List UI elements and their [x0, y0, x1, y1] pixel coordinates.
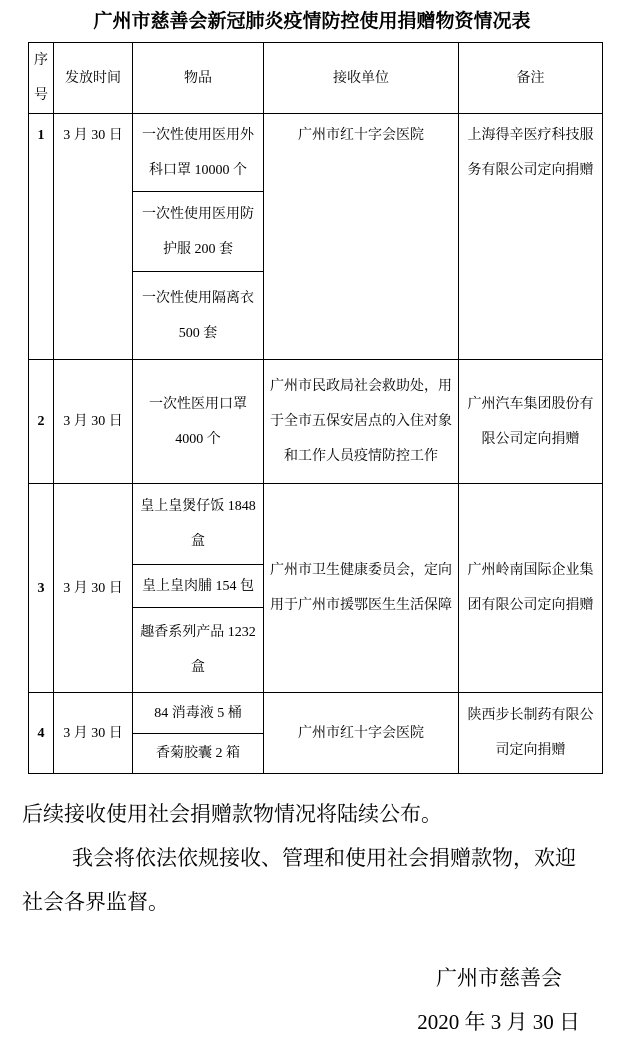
cell-date-3: 3 月 30 日 [54, 484, 133, 693]
document-page: 广州市慈善会新冠肺炎疫情防控使用捐赠物资情况表 序号 发放时间 物品 接收单位 … [0, 0, 624, 1040]
cell-date-1: 3 月 30 日 [54, 114, 133, 360]
header-note: 备注 [459, 43, 603, 114]
cell-recipient-1: 广州市红十字会医院 [264, 114, 459, 360]
table-row: 2 3 月 30 日 一次性医用口罩 4000 个 广州市民政局社会救助处，用于… [29, 360, 603, 484]
cell-date-4: 3 月 30 日 [54, 693, 133, 774]
signature-organization: 广州市慈善会 [0, 956, 624, 1000]
donation-table: 序号 发放时间 物品 接收单位 备注 1 3 月 30 日 一次性使用医用外科口… [28, 42, 603, 774]
cell-item: 一次性使用医用防护服 200 套 [133, 192, 264, 272]
cell-item: 一次性使用隔离衣 500 套 [133, 272, 264, 360]
cell-no-3: 3 [29, 484, 54, 693]
cell-note-2: 广州汽车集团股份有限公司定向捐赠 [459, 360, 603, 484]
cell-no-1: 1 [29, 114, 54, 360]
table-row: 1 3 月 30 日 一次性使用医用外科口罩 10000 个 广州市红十字会医院… [29, 114, 603, 192]
page-title: 广州市慈善会新冠肺炎疫情防控使用捐赠物资情况表 [0, 0, 624, 34]
signature-date: 2020 年 3 月 30 日 [0, 1000, 624, 1040]
cell-item: 一次性使用医用外科口罩 10000 个 [133, 114, 264, 192]
header-recipient: 接收单位 [264, 43, 459, 114]
cell-no-2: 2 [29, 360, 54, 484]
cell-item: 皇上皇肉脯 154 包 [133, 565, 264, 608]
closing-paragraph-1: 后续接收使用社会捐赠款物情况将陆续公布。 [22, 792, 584, 836]
cell-note-4: 陕西步长制药有限公司定向捐赠 [459, 693, 603, 774]
header-no: 序号 [29, 43, 54, 114]
closing-paragraph-2: 我会将依法依规接收、管理和使用社会捐赠款物，欢迎社会各界监督。 [22, 836, 584, 924]
cell-item: 香菊胶囊 2 箱 [133, 734, 264, 774]
table-row: 4 3 月 30 日 84 消毒液 5 桶 广州市红十字会医院 陕西步长制药有限… [29, 693, 603, 734]
cell-recipient-4: 广州市红十字会医院 [264, 693, 459, 774]
cell-item: 皇上皇煲仔饭 1848 盒 [133, 484, 264, 565]
cell-recipient-3: 广州市卫生健康委员会，定向用于广州市援鄂医生生活保障 [264, 484, 459, 693]
table-row: 3 3 月 30 日 皇上皇煲仔饭 1848 盒 广州市卫生健康委员会，定向用于… [29, 484, 603, 565]
cell-note-3: 广州岭南国际企业集团有限公司定向捐赠 [459, 484, 603, 693]
cell-recipient-2: 广州市民政局社会救助处，用于全市五保安居点的入住对象和工作人员疫情防控工作 [264, 360, 459, 484]
cell-date-2: 3 月 30 日 [54, 360, 133, 484]
cell-no-4: 4 [29, 693, 54, 774]
header-date: 发放时间 [54, 43, 133, 114]
cell-item: 84 消毒液 5 桶 [133, 693, 264, 734]
header-item: 物品 [133, 43, 264, 114]
cell-item: 趣香系列产品 1232 盒 [133, 608, 264, 693]
cell-item: 一次性医用口罩 4000 个 [133, 360, 264, 484]
table-header-row: 序号 发放时间 物品 接收单位 备注 [29, 43, 603, 114]
cell-note-1: 上海得辛医疗科技服务有限公司定向捐赠 [459, 114, 603, 360]
